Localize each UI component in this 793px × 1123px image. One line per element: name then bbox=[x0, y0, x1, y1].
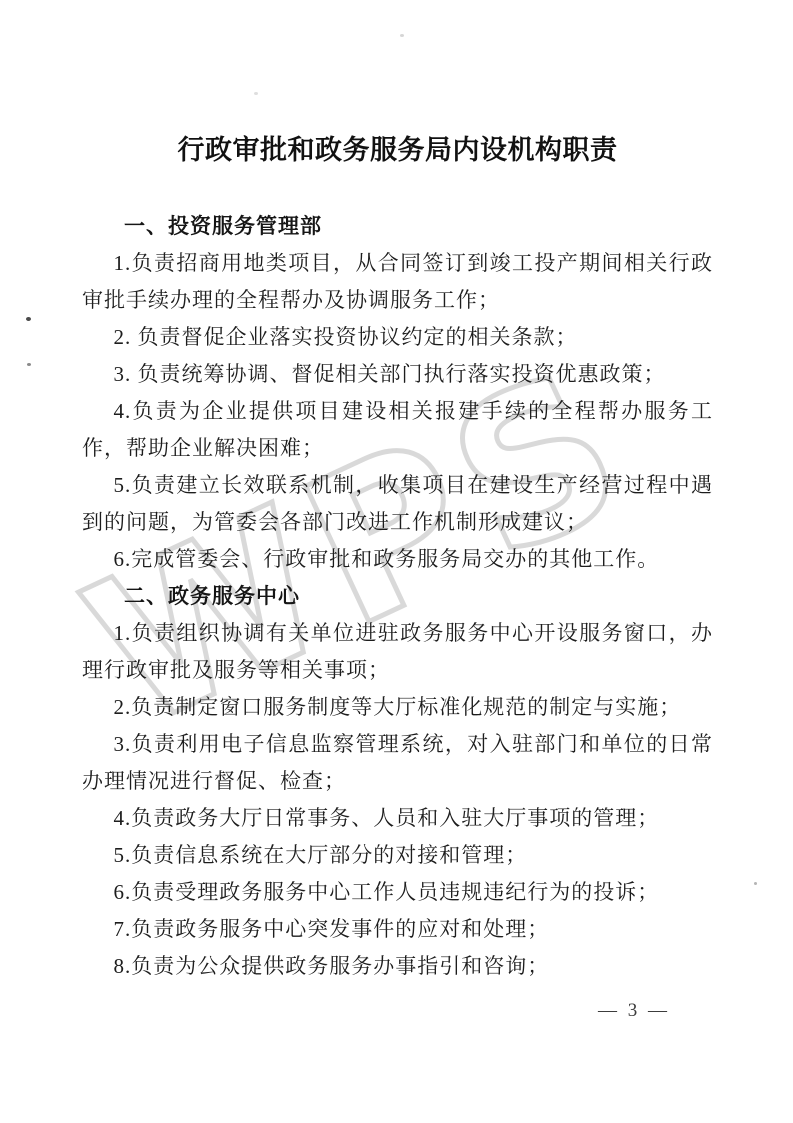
page-number: — 3 — bbox=[598, 1000, 670, 1022]
section2-item-3: 3.负责利用电子信息监察管理系统，对入驻部门和单位的日常办理情况进行督促、检查； bbox=[82, 726, 713, 800]
section2-item-6: 6.负责受理政务服务中心工作人员违规违纪行为的投诉； bbox=[82, 874, 713, 911]
section2-item-1: 1.负责组织协调有关单位进驻政务服务中心开设服务窗口，办理行政审批及服务等相关事… bbox=[82, 615, 713, 689]
section2-item-4: 4.负责政务大厅日常事务、人员和入驻大厅事项的管理； bbox=[82, 800, 713, 837]
section2-item-5: 5.负责信息系统在大厅部分的对接和管理； bbox=[82, 837, 713, 874]
document-page: WPS 行政审批和政务服务局内设机构职责 一、投资服务管理部 1.负责招商用地类… bbox=[0, 0, 793, 1123]
section1-item-1: 1.负责招商用地类项目，从合同签订到竣工投产期间相关行政审批手续办理的全程帮办及… bbox=[82, 245, 713, 319]
section2-item-2: 2.负责制定窗口服务制度等大厅标准化规范的制定与实施； bbox=[82, 689, 713, 726]
section1-item-6: 6.完成管委会、行政审批和政务服务局交办的其他工作。 bbox=[82, 541, 713, 578]
document-title: 行政审批和政务服务局内设机构职责 bbox=[82, 132, 713, 168]
scan-speck bbox=[27, 363, 31, 366]
section-heading-2: 二、政务服务中心 bbox=[82, 578, 713, 615]
document-body: 行政审批和政务服务局内设机构职责 一、投资服务管理部 1.负责招商用地类项目，从… bbox=[82, 0, 713, 985]
section2-item-7: 7.负责政务服务中心突发事件的应对和处理； bbox=[82, 911, 713, 948]
scan-speck bbox=[26, 317, 31, 321]
section1-item-5: 5.负责建立长效联系机制，收集项目在建设生产经营过程中遇到的问题，为管委会各部门… bbox=[82, 467, 713, 541]
scan-speck bbox=[754, 882, 757, 885]
section2-item-8: 8.负责为公众提供政务服务办事指引和咨询； bbox=[82, 948, 713, 985]
section-heading-1: 一、投资服务管理部 bbox=[82, 208, 713, 245]
section1-item-4: 4.负责为企业提供项目建设相关报建手续的全程帮办服务工作，帮助企业解决困难； bbox=[82, 393, 713, 467]
section1-item-3: 3. 负责统筹协调、督促相关部门执行落实投资优惠政策； bbox=[82, 356, 713, 393]
section1-item-2: 2. 负责督促企业落实投资协议约定的相关条款； bbox=[82, 319, 713, 356]
